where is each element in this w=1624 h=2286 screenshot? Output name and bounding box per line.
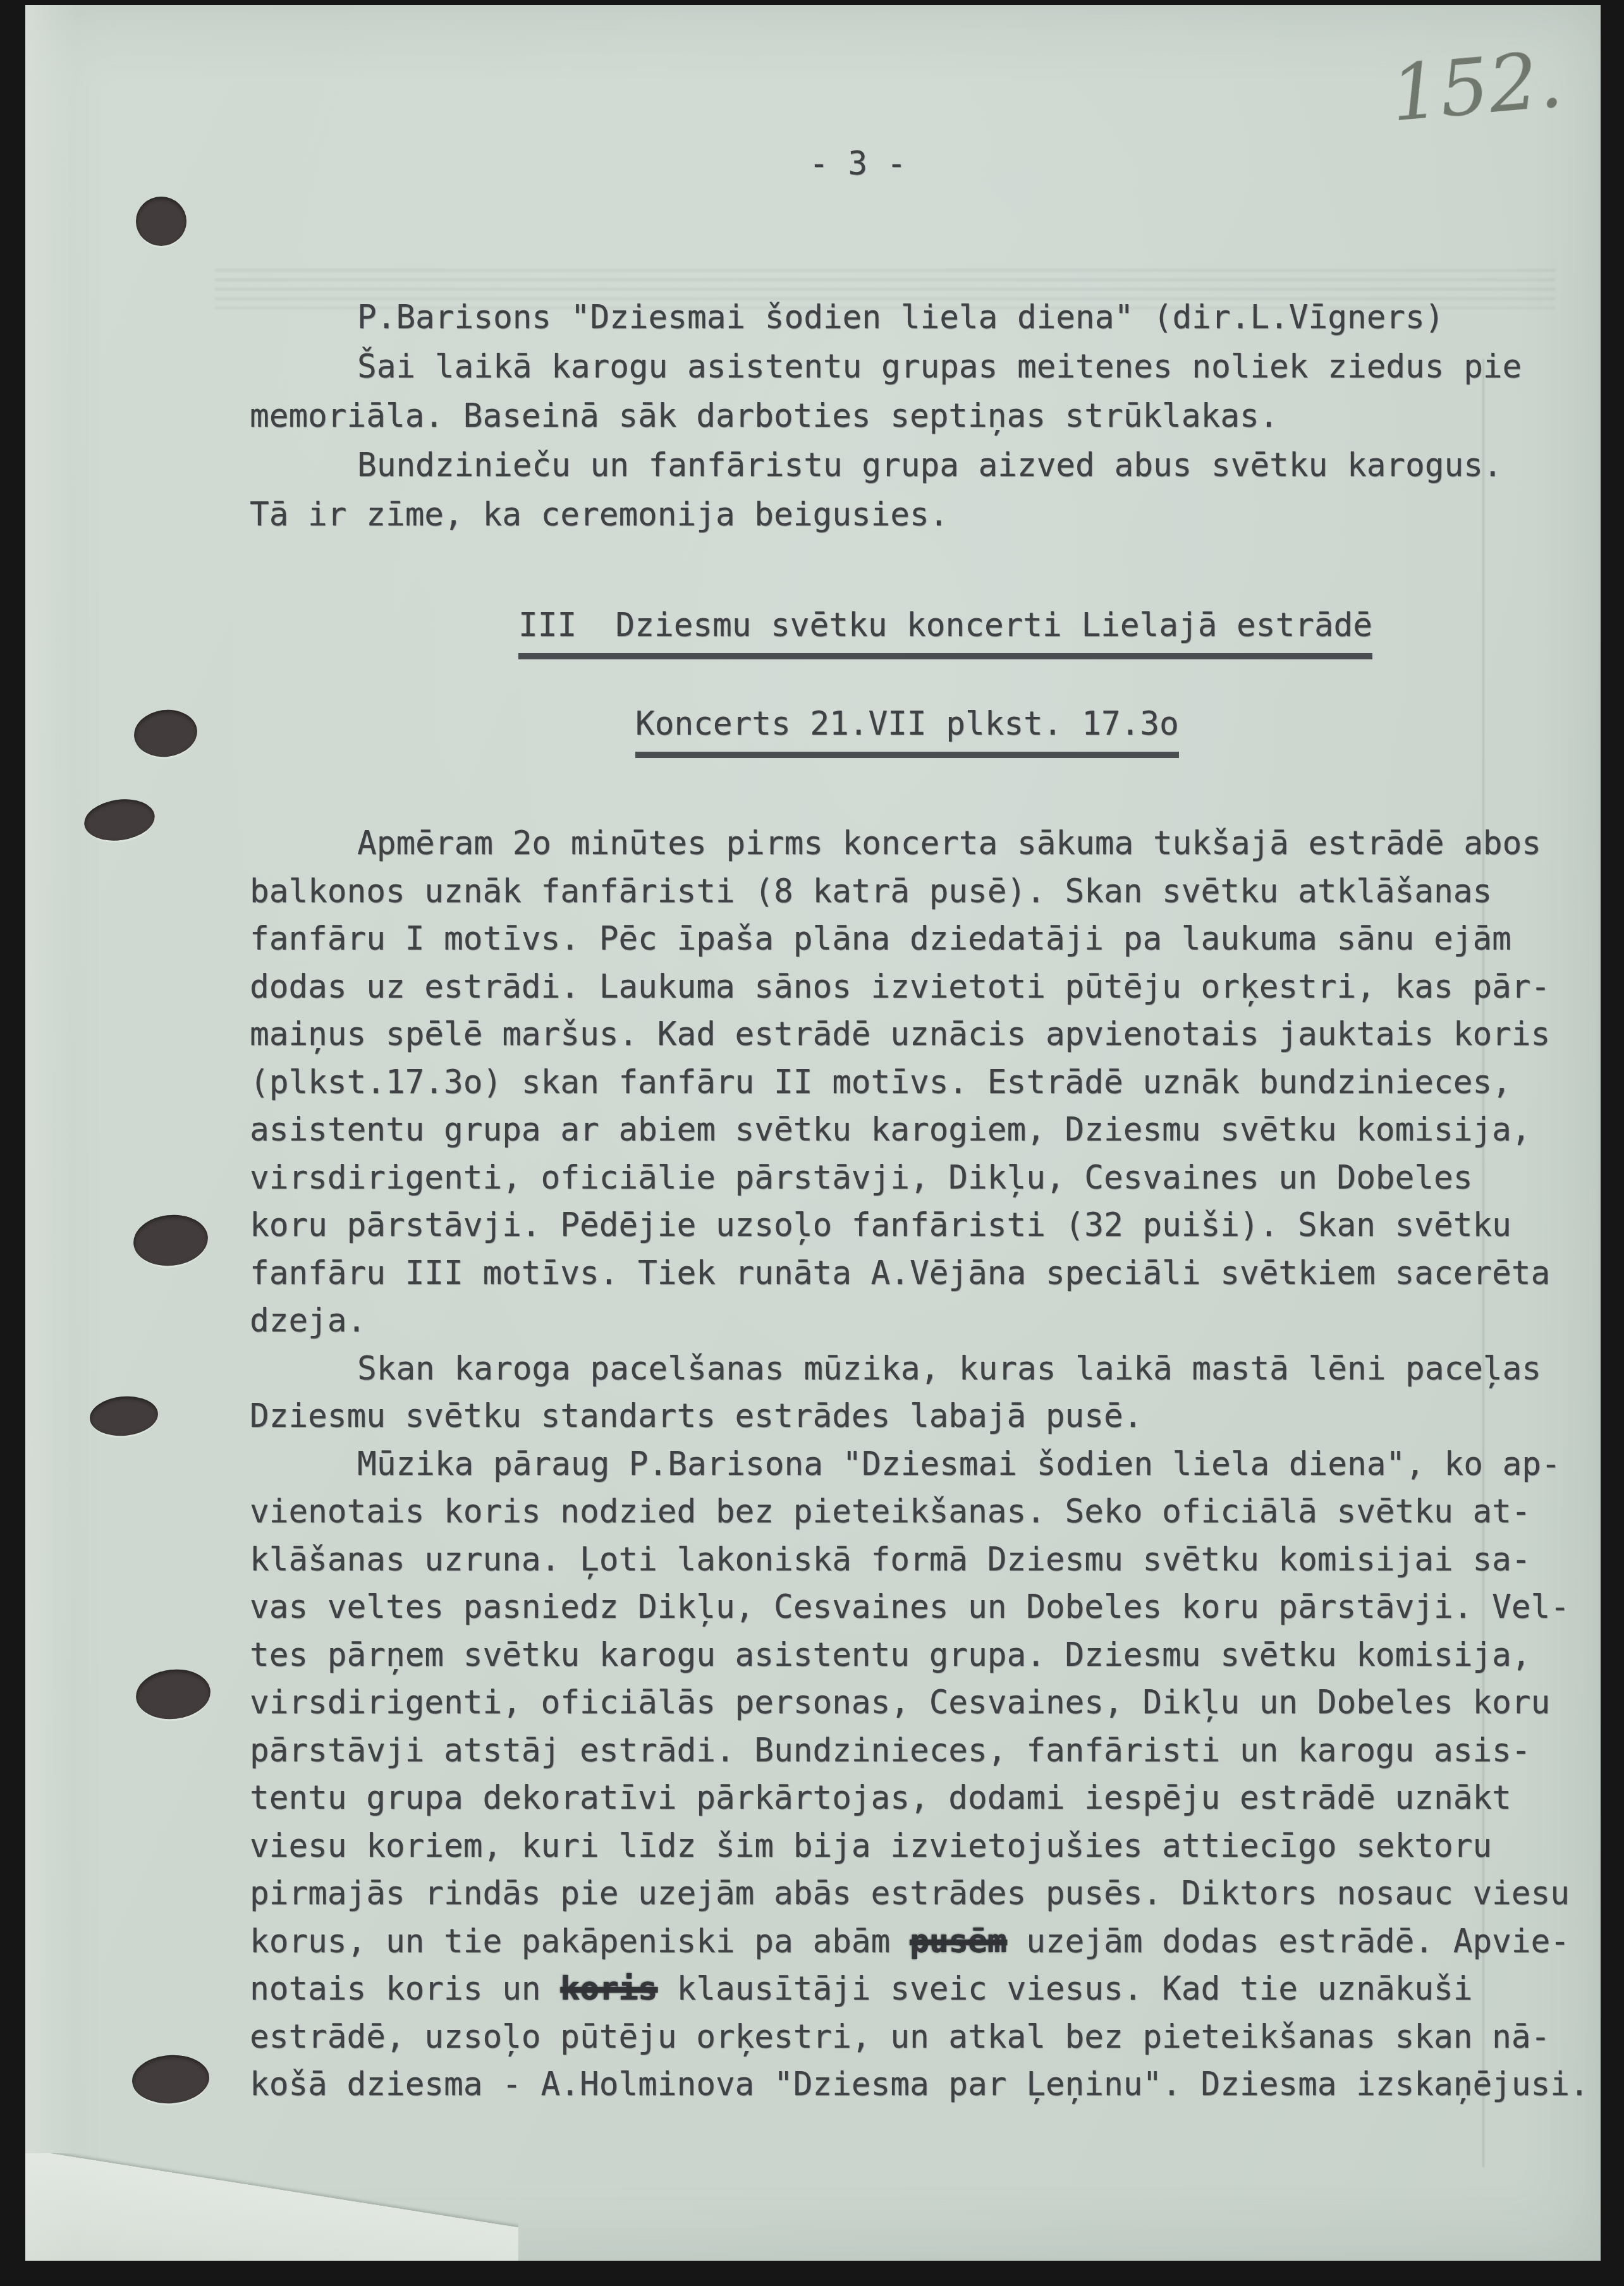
document-page: 152. - 3 - P.Barisons "Dziesmai šodien l… — [25, 5, 1601, 2261]
text-run: uzejām dodas estrādē. Apvie- — [1007, 1923, 1570, 1960]
text-line: tes pārņem svētku karogu asistentu grupa… — [250, 1632, 1596, 1680]
text-line: pirmajās rindās pie uzejām abās estrādes… — [250, 1870, 1596, 1918]
folio-number: 152. — [1387, 34, 1566, 138]
punch-hole — [82, 795, 157, 845]
body-text: Apmēram 2o minūtes pirms koncerta sākuma… — [250, 820, 1596, 2109]
text-line: fanfāru I motīvs. Pēc īpaša plāna dzieda… — [250, 915, 1596, 963]
text-run: Dziesmu svētku standarts estrādes labajā… — [250, 1398, 1142, 1435]
text-run: koru pārstāvji. Pēdējie uzsoļo fanfārist… — [250, 1207, 1511, 1244]
text-line: memoriāla. Baseinā sāk darboties septiņa… — [250, 392, 1590, 441]
text-line: pārstāvji atstāj estrādi. Bundzinieces, … — [250, 1727, 1596, 1775]
text-line: maiņus spēlē maršus. Kad estrādē uznācis… — [250, 1011, 1596, 1059]
text-run: P.Barisons "Dziesmai šodien liela diena"… — [357, 299, 1444, 336]
text-run: Tā ir zīme, ka ceremonija beigusies. — [250, 496, 948, 534]
struck-text: koris — [560, 1971, 657, 2008]
text-line: (plkst.17.3o) skan fanfāru II motīvs. Es… — [250, 1059, 1596, 1107]
text-run: tentu grupa dekoratīvi pārkārtojas, doda… — [250, 1780, 1511, 1817]
text-line: vienotais koris nodzied bez pieteikšanas… — [250, 1488, 1596, 1536]
text-line: Mūzika pāraug P.Barisona "Dziesmai šodie… — [250, 1441, 1596, 1489]
text-line: virsdirigenti, oficiālās personas, Cesva… — [250, 1679, 1596, 1727]
text-run: fanfāru III motīvs. Tiek runāta A.Vējāna… — [250, 1255, 1550, 1292]
text-run: memoriāla. Baseinā sāk darboties septiņa… — [250, 398, 1278, 435]
scan-background: 152. - 3 - P.Barisons "Dziesmai šodien l… — [0, 0, 1624, 2286]
text-line: košā dziesma - A.Holminova "Dziesma par … — [250, 2061, 1596, 2109]
text-run: virsdirigenti, oficiālās personas, Cesva… — [250, 1684, 1550, 1721]
text-line: asistentu grupa ar abiem svētku karogiem… — [250, 1106, 1596, 1154]
text-line: dzeja. — [250, 1297, 1596, 1345]
punch-hole — [131, 1211, 211, 1269]
text-line: Bundzinieču un fanfāristu grupa aizved a… — [250, 441, 1590, 491]
text-run: vienotais koris nodzied bez pieteikšanas… — [250, 1493, 1531, 1531]
punch-hole — [131, 706, 200, 761]
text-run: klausītāji sveic viesus. Kad tie uznākuš… — [657, 1971, 1473, 2008]
text-line: notais koris un koris klausītāji sveic v… — [250, 1965, 1596, 2014]
text-line: Šai laikā karogu asistentu grupas meiten… — [250, 343, 1590, 392]
text-run: vas veltes pasniedz Dikļu, Cesvaines un … — [250, 1589, 1570, 1626]
text-line: Skan karoga pacelšanas mūzika, kuras lai… — [250, 1345, 1596, 1393]
text-run: dzeja. — [250, 1302, 366, 1340]
text-line: Tā ir zīme, ka ceremonija beigusies. — [250, 491, 1590, 540]
section-heading: III Dziesmu svētku koncerti Lielajā estr… — [518, 607, 1372, 659]
text-run: asistentu grupa ar abiem svētku karogiem… — [250, 1111, 1531, 1149]
text-run: virsdirigenti, oficiālie pārstāvji, Dikļ… — [250, 1159, 1472, 1197]
intro-paragraphs: P.Barisons "Dziesmai šodien liela diena"… — [250, 293, 1590, 540]
text-line: Apmēram 2o minūtes pirms koncerta sākuma… — [250, 820, 1596, 868]
text-run: (plkst.17.3o) skan fanfāru II motīvs. Es… — [250, 1064, 1511, 1101]
punch-hole — [89, 1393, 160, 1438]
concert-heading: Koncerts 21.VII plkst. 17.3o — [635, 706, 1179, 758]
punch-hole — [130, 2053, 211, 2106]
text-run: fanfāru I motīvs. Pēc īpaša plāna dzieda… — [250, 920, 1511, 958]
text-line: korus, un tie pakāpeniski pa abām pusēm … — [250, 1918, 1596, 1966]
text-line: fanfāru III motīvs. Tiek runāta A.Vējāna… — [250, 1250, 1596, 1298]
struck-text: pusēm — [910, 1923, 1007, 1960]
page-number: - 3 - — [809, 145, 907, 183]
paper-edge — [25, 5, 76, 2261]
text-line: klāšanas uzruna. Ļoti lakoniskā formā Dz… — [250, 1536, 1596, 1584]
text-run: košā dziesma - A.Holminova "Dziesma par … — [250, 2066, 1589, 2103]
text-run: dodas uz estrādi. Laukuma sānos izvietot… — [250, 969, 1550, 1006]
paper-fold — [25, 2153, 518, 2261]
text-line: vas veltes pasniedz Dikļu, Cesvaines un … — [250, 1584, 1596, 1632]
text-run: pārstāvji atstāj estrādi. Bundzinieces, … — [250, 1732, 1531, 1770]
text-run: korus, un tie pakāpeniski pa abām — [250, 1923, 910, 1960]
text-run: maiņus spēlē maršus. Kad estrādē uznācis… — [250, 1016, 1550, 1053]
text-run: estrādē, uzsoļo pūtēju orķestri, un atka… — [250, 2019, 1550, 2056]
text-run: Mūzika pāraug P.Barisona "Dziesmai šodie… — [357, 1446, 1561, 1483]
text-run: viesu koriem, kuri līdz šim bija izvieto… — [250, 1828, 1492, 1865]
text-run: tes pārņem svētku karogu asistentu grupa… — [250, 1637, 1531, 1674]
text-line: koru pārstāvji. Pēdējie uzsoļo fanfārist… — [250, 1202, 1596, 1250]
text-run: pirmajās rindās pie uzejām abās estrādes… — [250, 1875, 1570, 1912]
text-run: Skan karoga pacelšanas mūzika, kuras lai… — [357, 1350, 1541, 1388]
text-run: klāšanas uzruna. Ļoti lakoniskā formā Dz… — [250, 1541, 1531, 1579]
text-line: balkonos uznāk fanfāristi (8 katrā pusē)… — [250, 868, 1596, 916]
text-run: Apmēram 2o minūtes pirms koncerta sākuma… — [357, 825, 1541, 862]
text-line: viesu koriem, kuri līdz šim bija izvieto… — [250, 1823, 1596, 1871]
text-run: Bundzinieču un fanfāristu grupa aizved a… — [357, 447, 1503, 484]
text-line: tentu grupa dekoratīvi pārkārtojas, doda… — [250, 1775, 1596, 1823]
text-run: Šai laikā karogu asistentu grupas meiten… — [357, 348, 1522, 386]
text-line: estrādē, uzsoļo pūtēju orķestri, un atka… — [250, 2014, 1596, 2062]
text-run: balkonos uznāk fanfāristi (8 katrā pusē)… — [250, 873, 1492, 910]
text-run: notais koris un — [250, 1971, 560, 2008]
punch-hole — [133, 1666, 213, 1723]
text-line: P.Barisons "Dziesmai šodien liela diena"… — [250, 293, 1590, 343]
punch-hole — [136, 197, 186, 246]
text-line: Dziesmu svētku standarts estrādes labajā… — [250, 1393, 1596, 1441]
text-line: dodas uz estrādi. Laukuma sānos izvietot… — [250, 963, 1596, 1012]
text-line: virsdirigenti, oficiālie pārstāvji, Dikļ… — [250, 1154, 1596, 1202]
